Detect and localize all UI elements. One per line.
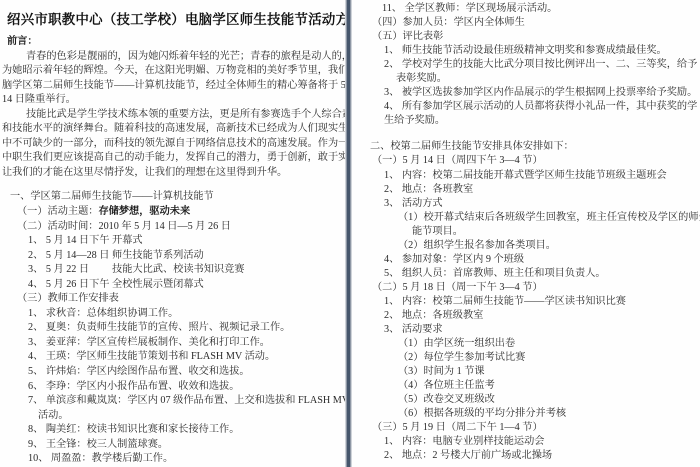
text-line: 一、学区第二届师生技能节——计算机技能节 (0, 190, 345, 205)
line-gap (352, 128, 700, 140)
text-line: 青春的色彩是靓丽的，因为她闪烁着年轻的光芒；青春的旅程是动人的，因 (0, 50, 345, 65)
text-line: 3、 活动要求 (352, 323, 700, 337)
text-line: 4、 5 月 26 日下午 全校性展示暨闭幕式 (0, 278, 345, 293)
document-page-right: 11、 全学区教师：学区现场展示活动。（四）参加人员：学区内全体师生（五）评比表… (352, 0, 700, 467)
text-line: 二、校第二届师生技能节安排具体安排如下： (352, 140, 700, 154)
text-line: 1、 内容：校第二届技能开幕式暨学区师生技能节班级主题班会 (352, 169, 700, 183)
text-line: 4、 所有参加学区展示活动的人员都将获得小礼品一件，其中获奖的学 (352, 100, 700, 114)
text-line: 中不可缺少的一部分，而科技的领先源自于网络信息技术的高速发展。作为一名 (0, 137, 345, 152)
text-line: （四）参加人员：学区内全体师生 (352, 16, 700, 30)
text-line: 能节项目。 (352, 225, 700, 239)
text-line: 中职生我们更应该提高自己的动手能力，发挥自己的潜力，勇于创新，敢于实践， (0, 151, 345, 166)
text-line: 7、 单滨彦和戴岚岚：学区内 07 级作品布置、上交和选拔和 FLASH MV (0, 394, 345, 409)
text-line: （3）时间为 1 节课 (352, 365, 700, 379)
text-line: 2、 地点：各班教室 (352, 183, 700, 197)
text-line: （五）评比表彰 (352, 30, 700, 44)
text-line: 表彰奖励。 (352, 72, 700, 86)
text-line: （2）组织学生报名参加各类项目。 (352, 239, 700, 253)
text-line: 5、 许炜焰：学区内绘图作品布置、收交和选拔。 (0, 365, 345, 380)
text-line: 让我们的才能在这里尽情抒发，让我们的理想在这里得到升华。 (0, 166, 345, 181)
text-line: 3、 被学区选拔参加学区内作品展示的学生根据网上投票率给予奖励。 (352, 86, 700, 100)
text-line: （三）教师工作安排表 (0, 292, 345, 307)
text-line: 1、 5 月 14 日下午 开幕式 (0, 234, 345, 249)
text-line: 1、 求秋音：总体组织协调工作。 (0, 307, 345, 322)
text-line: 活动。 (0, 409, 345, 424)
text-line: 2、 5 月 14—28 日 师生技能节系列活动 (0, 249, 345, 264)
text-line: （6）根据各班级的平均分排分并考核 (352, 407, 700, 421)
text-line: （一）活动主题：存储梦想，驱动未来 (0, 205, 345, 220)
text-line: 3、 5 月 22 日 技能大比武、校读书知识竞赛 (0, 263, 345, 278)
text-line: 5、 组织人员：首席教师、班主任和项目负责人。 (352, 267, 700, 281)
text-line: （一）5 月 14 日（周四下午 3—4 节） (352, 154, 700, 168)
text-line: 1、 内容：校第二届师生技能节——学区读书知识比赛 (352, 295, 700, 309)
text-line: 10、 周盈盈：教学楼后勤工作。 (0, 452, 345, 467)
text-line: （三）5 月 19 日（周二下午 1—4 节） (352, 421, 700, 435)
text-line: （2）每位学生参加考试比赛 (352, 351, 700, 365)
text-line: （二）5 月 18 日（周一下午 3—4 节） (352, 281, 700, 295)
text-line: 11、 全学区教师：学区现场展示活动。 (352, 2, 700, 16)
text-line: （1）校开幕式结束后各班级学生回教室，班主任宣传校及学区的师生技 (352, 211, 700, 225)
text-line: 3、 姜亚萍：学区宣传栏展板制作、美化和打印工作。 (0, 336, 345, 351)
text-line: 2、 学校对学生的技能大比武分项目按比例评出一、二、三等奖，给予 (352, 58, 700, 72)
text-line: 前言： (0, 35, 345, 50)
document-page-left: 绍兴市职教中心（技工学校）电脑学区师生技能节活动方案 前言：青春的色彩是靓丽的，… (0, 0, 345, 467)
line-gap (0, 180, 345, 190)
text-line: 14 日隆重举行。 (0, 93, 345, 108)
text-line: 和技能水平的演绎舞台。随着科技的高速发展，高新技术已经成为人们现实生活 (0, 122, 345, 137)
text-line: 2、 夏奥：负责师生技能节的宣传、照片、视频记录工作。 (0, 321, 345, 336)
text-line: 为她昭示着年轻的辉煌。今天，在这阳光明媚、万物竞相的美好季节里，我们电 (0, 64, 345, 79)
left-page-body: 前言：青春的色彩是靓丽的，因为她闪烁着年轻的光芒；青春的旅程是动人的，因为她昭示… (0, 35, 345, 467)
document-viewer: 绍兴市职教中心（技工学校）电脑学区师生技能节活动方案 前言：青春的色彩是靓丽的，… (0, 0, 700, 467)
page-divider (345, 0, 352, 467)
right-page-body: 11、 全学区教师：学区现场展示活动。（四）参加人员：学区内全体师生（五）评比表… (352, 2, 700, 464)
text-line: 8、 陶美红：校读书知识比赛和家长接待工作。 (0, 423, 345, 438)
text-line: 3、 活动方式 (352, 197, 700, 211)
text-line: 脑学区第二届师生技能节——计算机技能节，经过全体师生的精心筹备将于 5 月 (0, 79, 345, 94)
text-line: 2、 地点：2 号楼大厅前广场或北操场 (352, 449, 700, 463)
text-line: 1、 内容：电脑专业别样技能运动会 (352, 435, 700, 449)
text-line: 技能比武是学生学技术练本领的重要方法，更是所有参赛选手个人综合素质 (0, 108, 345, 123)
text-line: 4、 参加对象：学区内 9 个班级 (352, 253, 700, 267)
text-line: 9、 王全锋：校三人制篮球赛。 (0, 438, 345, 453)
text-line: （二）活动时间：2010 年 5 月 14 日—5 月 26 日 (0, 220, 345, 235)
text-line: 生给予奖励。 (352, 114, 700, 128)
text-line: 6、 李琤：学区内小报作品布置、收效和选拔。 (0, 380, 345, 395)
text-line: （4）各位班主任监考 (352, 379, 700, 393)
text-line: （5）改卷交叉班级改 (352, 393, 700, 407)
document-title: 绍兴市职教中心（技工学校）电脑学区师生技能节活动方案 (0, 0, 345, 35)
text-line: 4、 王瑛：学区师生技能节策划书和 FLASH MV 活动。 (0, 350, 345, 365)
text-line: 2、 地点：各班级教室 (352, 309, 700, 323)
text-line: 1、 师生技能节活动设最佳班级精神文明奖和参赛成绩最佳奖。 (352, 44, 700, 58)
text-line: （1）由学区统一组织出卷 (352, 337, 700, 351)
